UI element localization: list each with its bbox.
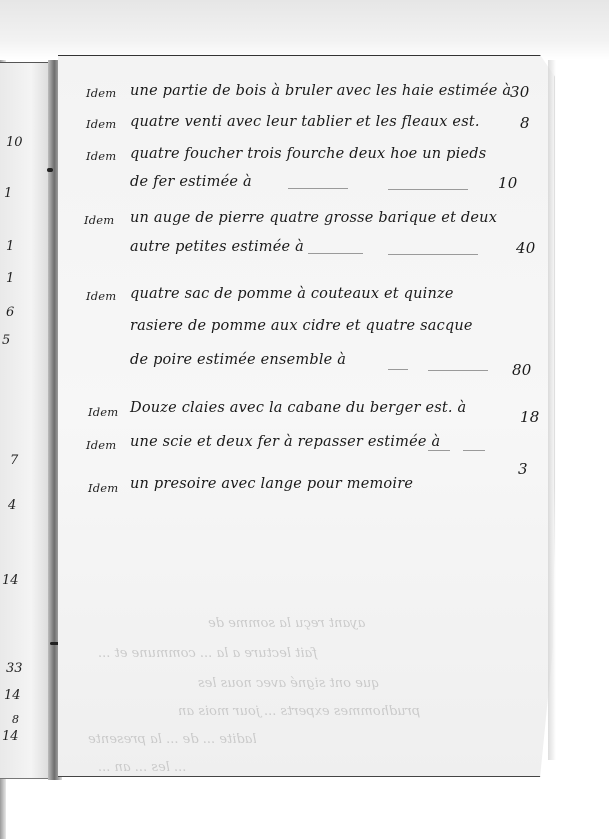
entry-amount: 40 bbox=[516, 239, 536, 257]
page-right-edge bbox=[548, 60, 556, 760]
entry-text: quatre foucher trois fourche deux hoe un… bbox=[130, 146, 486, 162]
leader-line bbox=[463, 450, 485, 451]
bleed-through-text: ayant reçu la somme de bbox=[208, 616, 365, 631]
entry-text: de poire estimée ensemble à bbox=[130, 352, 346, 368]
entry-label: Idem bbox=[86, 117, 116, 131]
entry-label: Idem bbox=[88, 481, 118, 495]
leader-line bbox=[308, 253, 363, 254]
entry-label: Idem bbox=[84, 213, 114, 227]
entry-amount: 30 bbox=[510, 83, 530, 101]
leader-line bbox=[388, 369, 408, 370]
leader-line bbox=[288, 188, 348, 189]
leader-line bbox=[428, 450, 450, 451]
entry-label: Idem bbox=[86, 149, 116, 163]
margin-number: 4 bbox=[8, 498, 16, 513]
margin-number: 14 bbox=[4, 688, 21, 703]
margin-number: 14 bbox=[2, 729, 19, 744]
margin-number: 1 bbox=[6, 239, 14, 254]
margin-number: 1 bbox=[4, 186, 12, 201]
bleed-through-text: fait lecture a la ... commune et ... bbox=[98, 646, 317, 661]
entry-text: un auge de pierre quatre grosse barique … bbox=[130, 210, 497, 226]
margin-number: 10 bbox=[6, 135, 23, 150]
entry-text: autre petites estimée à bbox=[130, 239, 304, 255]
entry-text: une scie et deux fer à repasser estimée … bbox=[130, 434, 440, 450]
entry-amount: 8 bbox=[520, 114, 530, 132]
bleed-through-text: que ont signé avec nous les bbox=[198, 676, 380, 691]
entry-label: Idem bbox=[86, 289, 116, 303]
leader-line bbox=[388, 189, 468, 190]
entry-label: Idem bbox=[88, 405, 118, 419]
entry-text: de fer estimée à bbox=[130, 174, 252, 190]
entry-label: Idem bbox=[86, 438, 116, 452]
entry-amount: 10 bbox=[498, 174, 518, 192]
entry-text: quatre sac de pomme à couteaux et quinze bbox=[130, 286, 454, 302]
leader-line bbox=[428, 370, 488, 371]
leader-line bbox=[388, 254, 478, 255]
entry-text: Douze claies avec la cabane du berger es… bbox=[130, 400, 466, 416]
bleed-through-text: ladite ... de ... la presente bbox=[88, 732, 257, 747]
margin-number: 8 bbox=[12, 713, 19, 726]
margin-number: 33 bbox=[6, 661, 23, 676]
bleed-through-text: prudhommes experts ... jour mois an bbox=[178, 704, 420, 719]
entry-text: un presoire avec lange pour memoire bbox=[130, 476, 413, 492]
margin-number: 14 bbox=[2, 573, 19, 588]
margin-number: 5 bbox=[2, 333, 10, 348]
entry-text: rasiere de pomme aux cidre et quatre sac… bbox=[130, 318, 473, 334]
margin-number: 6 bbox=[6, 305, 14, 320]
entry-label: Idem bbox=[86, 86, 116, 100]
entry-amount: 18 bbox=[520, 408, 540, 426]
entry-amount: 3 bbox=[518, 460, 528, 478]
entry-text: une partie de bois à bruler avec les hai… bbox=[130, 83, 511, 99]
previous-page-strip: 10 1 1 1 6 5 7 4 14 33 14 8 14 bbox=[0, 62, 52, 779]
manuscript-page: Idem une partie de bois à bruler avec le… bbox=[58, 55, 555, 777]
entry-amount: 80 bbox=[512, 361, 532, 379]
margin-number: 7 bbox=[10, 453, 18, 468]
gutter-stain bbox=[47, 168, 53, 172]
entry-text: quatre venti avec leur tablier et les fl… bbox=[130, 114, 480, 130]
bleed-through-text: ... les ... an ... bbox=[98, 760, 186, 775]
margin-number: 1 bbox=[6, 271, 14, 286]
